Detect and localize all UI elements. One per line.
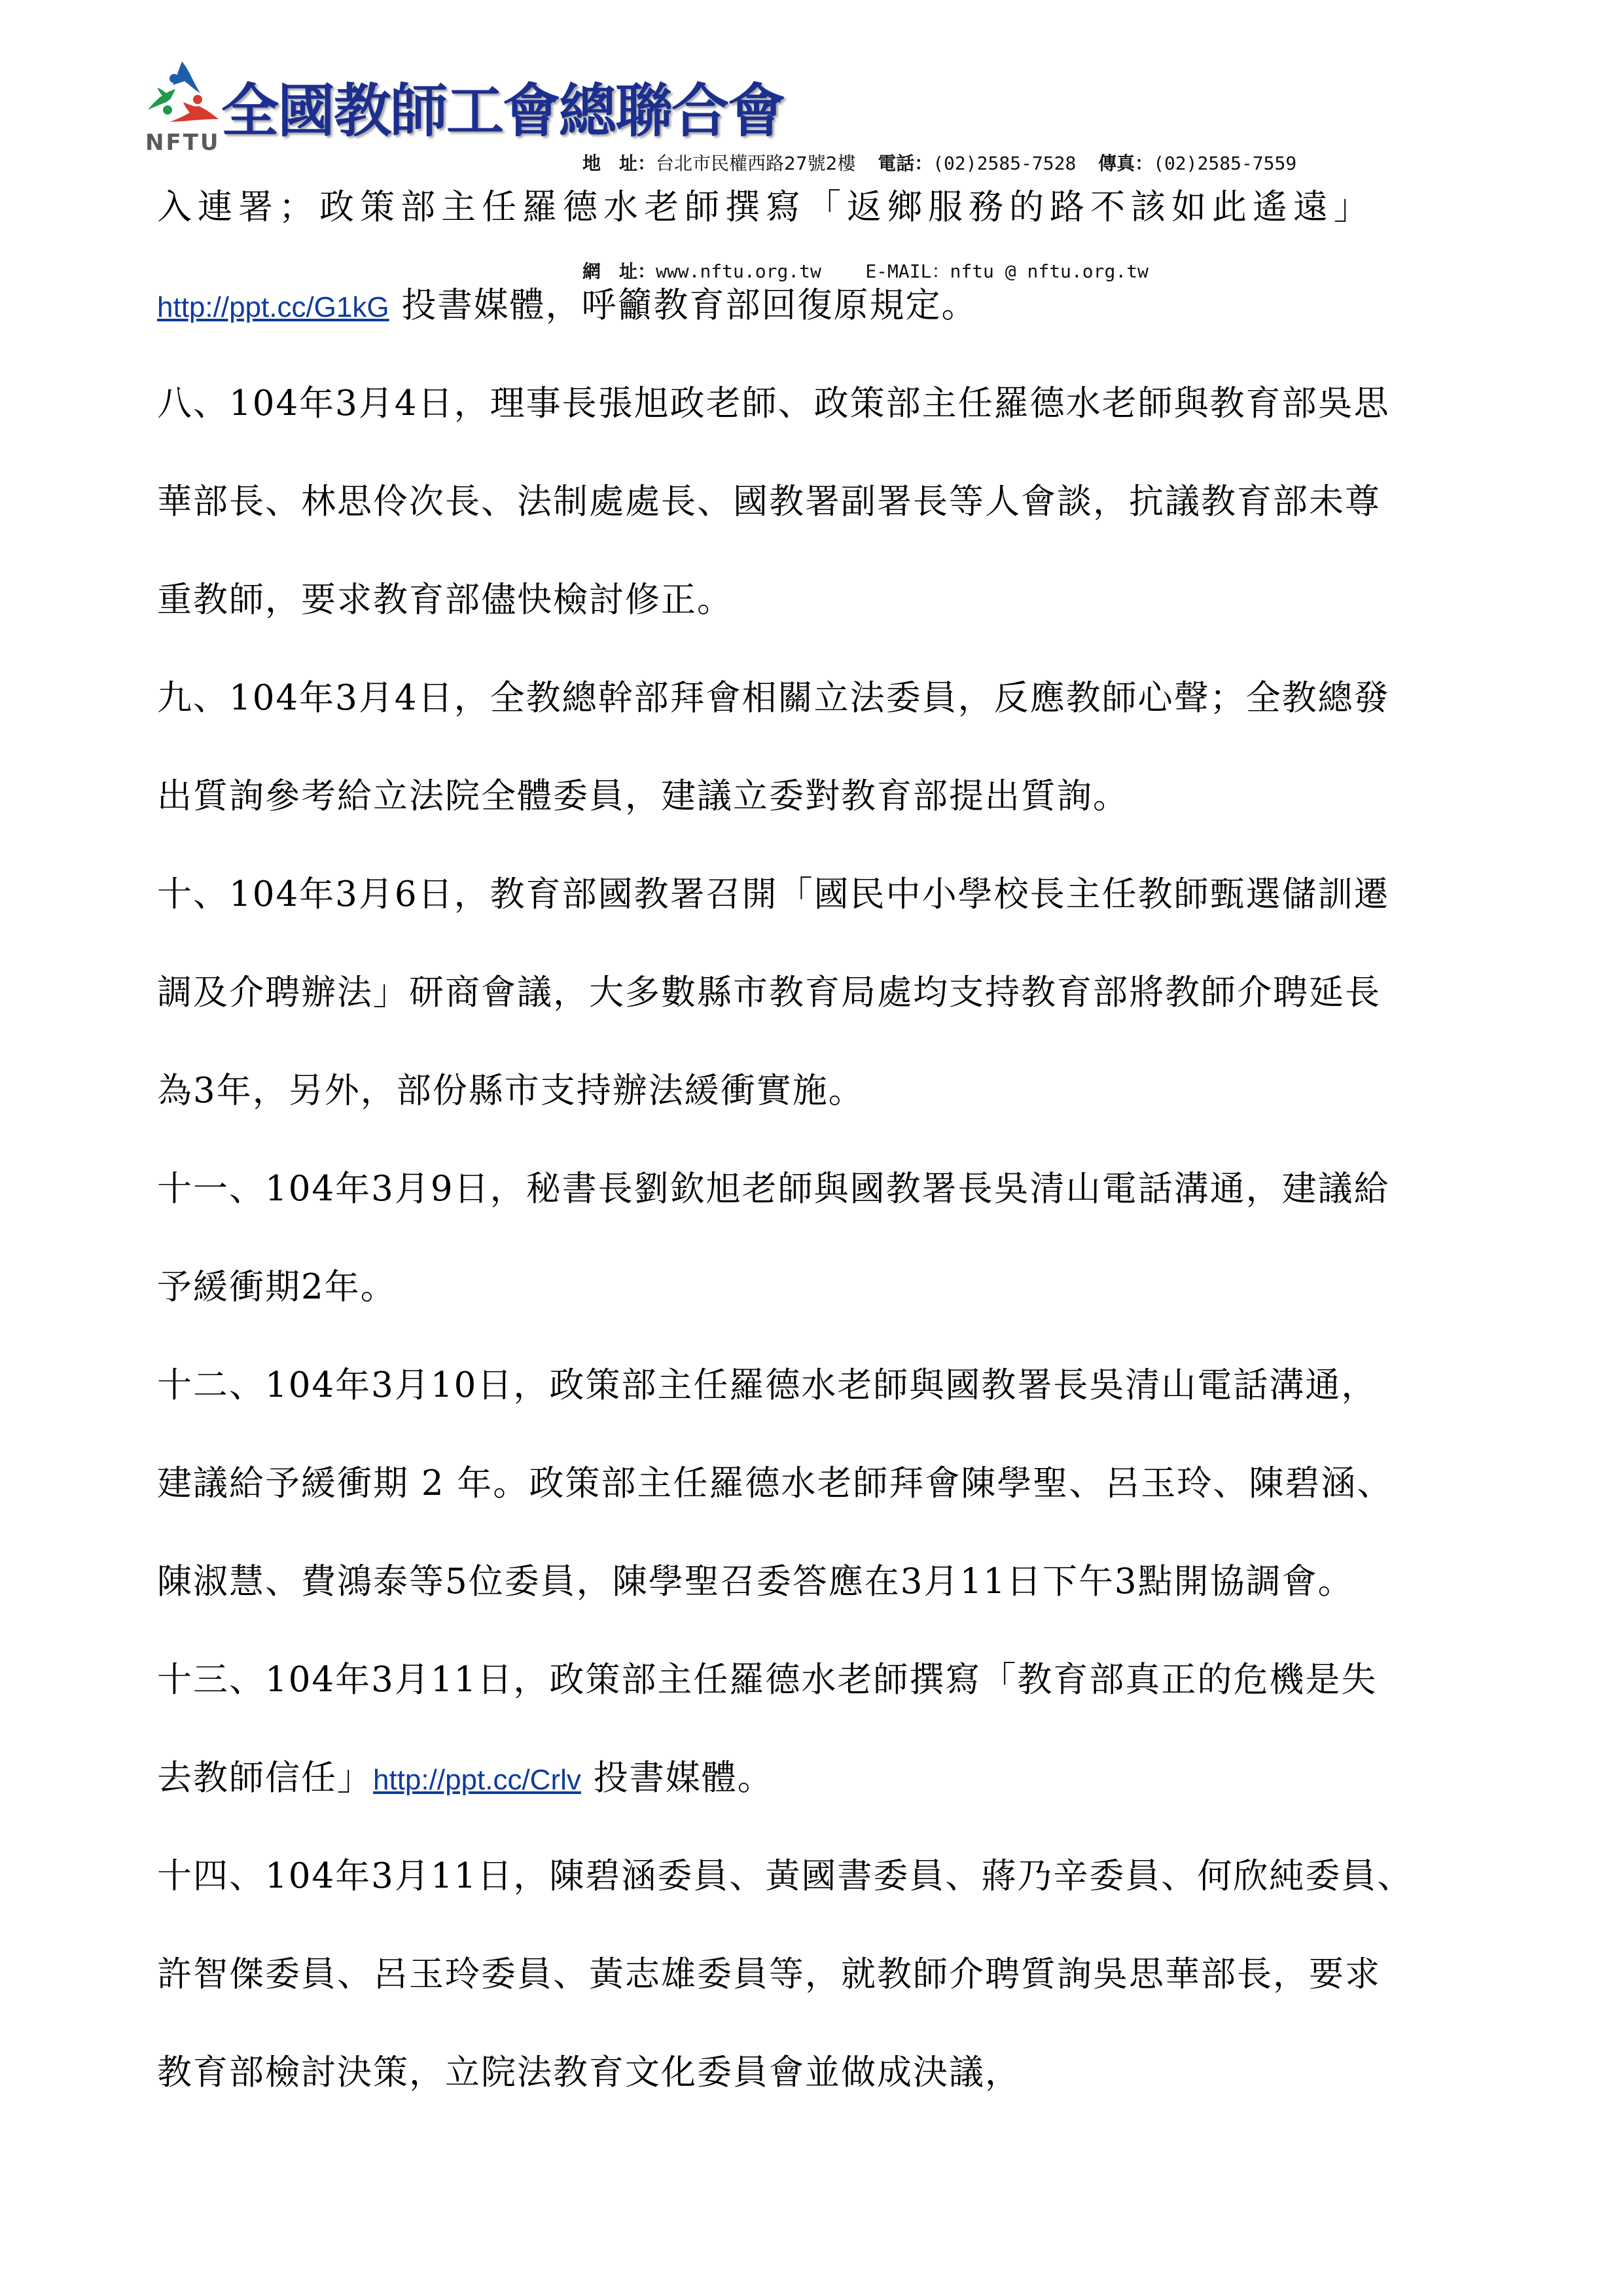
text-line: 許智傑委員、呂玉玲委員、黃志雄委員等，就教師介聘質詢吳思華部長，要求 [157, 1939, 1479, 2037]
text-segment: 投書媒體。 [581, 1758, 774, 1798]
letterhead: NFTU 全國教師工會總聯合會 地 址：台北市民權西路27號2樓 電話：(02)… [137, 52, 1512, 164]
text-line: 予緩衝期2年。 [157, 1251, 1479, 1350]
item-14-line: 十四、104年3月11日，陳碧涵委員、黃國書委員、蔣乃辛委員、何欣純委員、 [157, 1840, 1479, 1939]
item-8-line: 八、104年3月4日，理事長張旭政老師、政策部主任羅德水老師與教育部吳思 [157, 368, 1479, 466]
text-line: 入連署；政策部主任羅德水老師撰寫「返鄉服務的路不該如此遙遠」 [157, 171, 1479, 270]
text-line: 建議給予緩衝期 2 年。政策部主任羅德水老師拜會陳學聖、呂玉玲、陳碧涵、 [157, 1448, 1479, 1546]
nftu-logo: NFTU 全國教師工會總聯合會 [137, 52, 556, 157]
text-segment: 去教師信任」 [157, 1758, 373, 1798]
logo-abbreviation: NFTU [145, 130, 220, 156]
item-10-line: 十、104年3月6日，教育部國教署召開「國民中小學校長主任教師甄選儲訓遷 [157, 859, 1479, 957]
item-9-line: 九、104年3月4日，全教總幹部拜會相關立法委員，反應教師心聲；全教總發 [157, 662, 1479, 761]
text-line: 教育部檢討決策，立院法教育文化委員會並做成決議， [157, 2037, 1479, 2135]
text-line-with-link: http://ppt.cc/G1kG 投書媒體，呼籲教育部回復原規定。 [157, 270, 1479, 368]
item-11-line: 十一、104年3月9日，秘書長劉欽旭老師與國教署長吳清山電話溝通，建議給 [157, 1153, 1479, 1251]
item-13-line: 十三、104年3月11日，政策部主任羅德水老師撰寫「教育部真正的危機是失 [157, 1644, 1479, 1742]
text-line: 出質詢參考給立法院全體委員，建議立委對教育部提出質詢。 [157, 761, 1479, 859]
text-line: 華部長、林思伶次長、法制處處長、國教署副署長等人會談，抗議教育部未尊 [157, 466, 1479, 564]
article-link[interactable]: http://ppt.cc/Crlv [373, 1764, 581, 1796]
document-body: 入連署；政策部主任羅德水老師撰寫「返鄉服務的路不該如此遙遠」 http://pp… [157, 171, 1479, 2135]
item-12-line: 十二、104年3月10日，政策部主任羅德水老師與國教署長吳清山電話溝通， [157, 1350, 1479, 1448]
article-link[interactable]: http://ppt.cc/G1kG [157, 291, 389, 323]
text-line: 調及介聘辦法」研商會議，大多數縣市教育局處均支持教育部將教師介聘延長 [157, 957, 1479, 1055]
text-line-with-link: 去教師信任」http://ppt.cc/Crlv 投書媒體。 [157, 1742, 1479, 1840]
text-line: 為3年，另外，部份縣市支持辦法緩衝實施。 [157, 1055, 1479, 1153]
text-line: 重教師，要求教育部儘快檢討修正。 [157, 564, 1479, 662]
text-segment: 投書媒體，呼籲教育部回復原規定。 [389, 285, 978, 325]
three-figures-logo-icon [144, 59, 223, 131]
text-line: 陳淑慧、費鴻泰等5位委員，陳學聖召委答應在3月11日下午3點開協調會。 [157, 1546, 1479, 1644]
